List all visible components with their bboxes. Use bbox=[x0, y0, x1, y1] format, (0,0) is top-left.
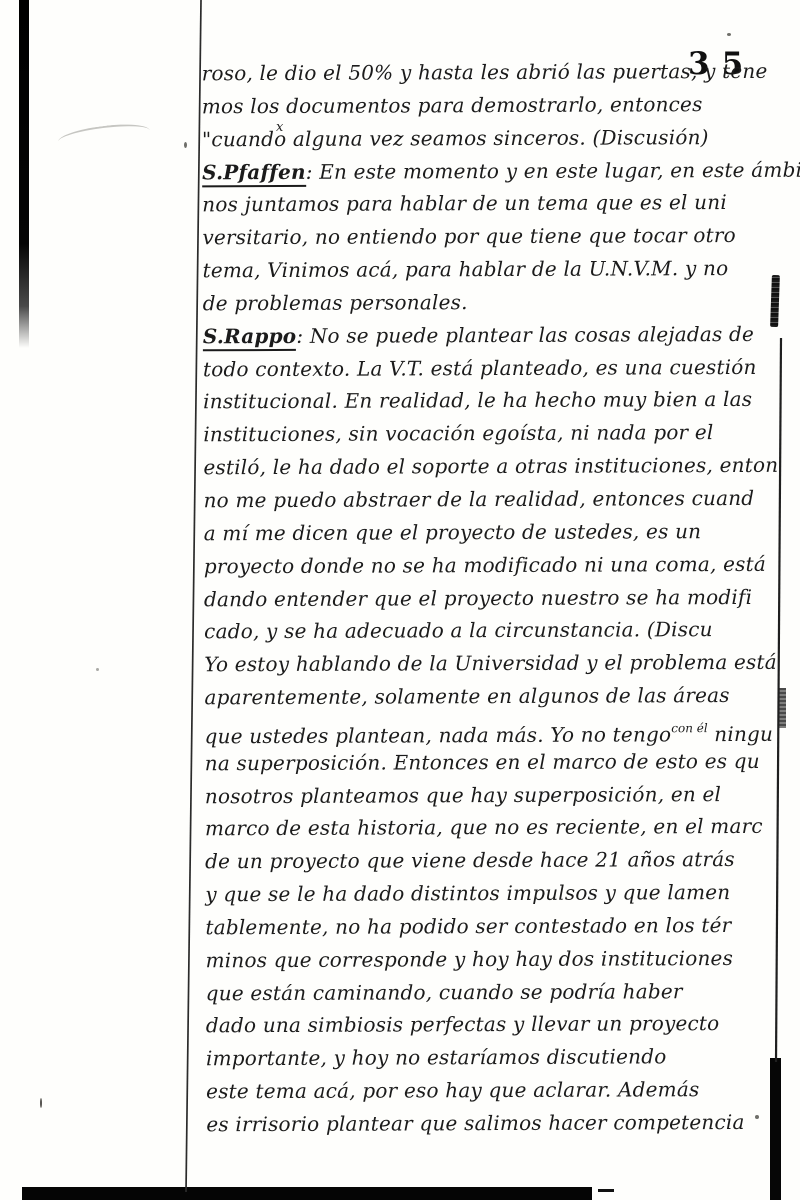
handwritten-text: : En este momento y en este lugar, en es… bbox=[306, 157, 800, 183]
handwritten-text: este tema acá, por eso hay que aclarar. … bbox=[206, 1077, 699, 1103]
margin-rule-line bbox=[186, 0, 201, 1192]
handwritten-text: de un proyecto que viene desde hace 21 a… bbox=[205, 847, 735, 873]
handwritten-line: minos que corresponde y hoy hay dos inst… bbox=[206, 941, 800, 976]
handwritten-line: no me puedo abstraer de la realidad, ent… bbox=[204, 482, 800, 517]
handwritten-line: tablemente, no ha podido ser contestado … bbox=[205, 909, 800, 944]
handwritten-text: dado una simbiosis perfectas y llevar un… bbox=[206, 1012, 720, 1038]
handwritten-line: S.Rappo: No se puede plantear las cosas … bbox=[203, 317, 800, 352]
handwritten-text: nos juntamos para hablar de un tema que … bbox=[202, 190, 727, 216]
handwritten-line: versitario, no entiendo por que tiene qu… bbox=[202, 219, 800, 254]
handwritten-line: cado, y se ha adecuado a la circunstanci… bbox=[204, 613, 800, 648]
handwritten-lines: roso, le dio el 50% y hasta les abrió la… bbox=[202, 55, 800, 1141]
handwritten-line: y que se le ha dado distintos impulsos y… bbox=[205, 876, 800, 911]
handwritten-text: minos que corresponde y hoy hay dos inst… bbox=[206, 946, 734, 972]
scan-left-edge-bar bbox=[19, 0, 29, 348]
handwritten-text: que están caminando, cuando se podría ha… bbox=[206, 979, 683, 1005]
handwritten-line: a mí me dicen que el proyecto de ustedes… bbox=[204, 515, 800, 550]
scanned-document-page: 35 x roso, le dio el 50% y hasta les abr… bbox=[0, 0, 800, 1200]
handwritten-text: de problemas personales. bbox=[203, 290, 468, 315]
handwritten-line: Yo estoy hablando de la Universidad y el… bbox=[204, 646, 800, 681]
handwritten-line: na superposición. Entonces en el marco d… bbox=[205, 744, 800, 779]
handwritten-text: es irrisorio plantear que salimos hacer … bbox=[206, 1110, 744, 1136]
scan-bottom-edge-dash bbox=[598, 1189, 614, 1192]
handwritten-text: : No se puede plantear las cosas alejada… bbox=[296, 322, 754, 348]
ink-speck bbox=[184, 142, 187, 148]
handwritten-text: aparentemente, solamente en algunos de l… bbox=[204, 683, 729, 709]
handwritten-text: todo contexto. La V.T. está planteado, e… bbox=[203, 354, 757, 380]
handwritten-text: importante, y hoy no estaríamos discutie… bbox=[206, 1045, 667, 1071]
handwritten-line: mos los documentos para demostrarlo, ent… bbox=[202, 88, 800, 123]
handwritten-line: "cuando alguna vez seamos sinceros. (Dis… bbox=[202, 120, 800, 155]
handwritten-text: no me puedo abstraer de la realidad, ent… bbox=[204, 486, 755, 512]
scan-bottom-edge-bar bbox=[22, 1187, 592, 1200]
handwritten-line: proyecto donde no se ha modificado ni un… bbox=[204, 547, 800, 582]
ink-speck bbox=[40, 1098, 42, 1108]
handwritten-line: institucional. En realidad, le ha hecho … bbox=[203, 383, 800, 418]
handwritten-line: dado una simbiosis perfectas y llevar un… bbox=[206, 1007, 800, 1042]
handwritten-text: estiló, le ha dado el soporte a otras in… bbox=[203, 453, 778, 480]
handwritten-text: dando entender que el proyecto nuestro s… bbox=[204, 584, 752, 610]
speaker-name: S.Pfaffen bbox=[202, 159, 306, 186]
handwritten-line: estiló, le ha dado el soporte a otras in… bbox=[203, 449, 800, 484]
handwritten-text: marco de esta historia, que no es recien… bbox=[205, 814, 763, 840]
handwritten-line: aparentemente, solamente en algunos de l… bbox=[204, 679, 800, 714]
ink-speck bbox=[96, 668, 99, 671]
handwritten-line: que están caminando, cuando se podría ha… bbox=[206, 974, 800, 1009]
handwritten-text: Yo estoy hablando de la Universidad y el… bbox=[204, 650, 777, 676]
handwritten-text: institucional. En realidad, le ha hecho … bbox=[203, 387, 752, 413]
handwritten-line: importante, y hoy no estaríamos discutie… bbox=[206, 1040, 800, 1075]
handwritten-text: mos los documentos para demostrarlo, ent… bbox=[202, 92, 703, 118]
handwritten-line: que ustedes plantean, nada más. Yo no te… bbox=[205, 712, 800, 747]
handwritten-line: todo contexto. La V.T. está planteado, e… bbox=[203, 350, 800, 385]
handwritten-text: nosotros planteamos que hay superposició… bbox=[205, 782, 721, 808]
handwritten-text: "cuando alguna vez seamos sinceros. (Dis… bbox=[202, 125, 709, 151]
handwritten-line: nos juntamos para hablar de un tema que … bbox=[202, 186, 800, 221]
handwritten-text: cado, y se ha adecuado a la circunstanci… bbox=[204, 617, 713, 643]
handwritten-text: proyecto donde no se ha modificado ni un… bbox=[204, 552, 766, 578]
handwritten-line: este tema acá, por eso hay que aclarar. … bbox=[206, 1073, 800, 1108]
interlinear-insertion: con él bbox=[671, 721, 707, 735]
handwritten-text: y que se le ha dado distintos impulsos y… bbox=[205, 880, 730, 906]
pencil-stray-mark bbox=[57, 120, 151, 151]
handwritten-text: versitario, no entiendo por que tiene qu… bbox=[202, 223, 736, 249]
ink-speck bbox=[727, 33, 731, 36]
handwritten-line: marco de esta historia, que no es recien… bbox=[205, 810, 800, 845]
handwritten-text: instituciones, sin vocación egoísta, ni … bbox=[203, 420, 713, 446]
handwritten-text: na superposición. Entonces en el marco d… bbox=[205, 749, 760, 775]
handwritten-line: de problemas personales. bbox=[203, 285, 800, 320]
handwritten-line: tema, Vinimos acá, para hablar de la U.N… bbox=[202, 252, 800, 287]
handwritten-line: nosotros planteamos que hay superposició… bbox=[205, 777, 800, 812]
handwritten-line: dando entender que el proyecto nuestro s… bbox=[204, 580, 800, 615]
handwritten-text: roso, le dio el 50% y hasta les abrió la… bbox=[202, 59, 768, 85]
handwritten-text: a mí me dicen que el proyecto de ustedes… bbox=[204, 519, 702, 545]
handwritten-line: de un proyecto que viene desde hace 21 a… bbox=[205, 843, 800, 878]
handwritten-text: que ustedes plantean, nada más. Yo no te… bbox=[205, 722, 672, 748]
handwritten-line: es irrisorio plantear que salimos hacer … bbox=[206, 1106, 800, 1141]
handwritten-line: S.Pfaffen: En este momento y en este lug… bbox=[202, 153, 800, 188]
speaker-name: S.Rappo bbox=[203, 324, 297, 351]
handwritten-text: tablemente, no ha podido ser contestado … bbox=[205, 913, 731, 939]
handwritten-text: tema, Vinimos acá, para hablar de la U.N… bbox=[203, 256, 729, 282]
handwritten-line: roso, le dio el 50% y hasta les abrió la… bbox=[202, 55, 800, 90]
handwritten-line: instituciones, sin vocación egoísta, ni … bbox=[203, 416, 800, 451]
handwritten-text: ningu bbox=[708, 722, 774, 746]
